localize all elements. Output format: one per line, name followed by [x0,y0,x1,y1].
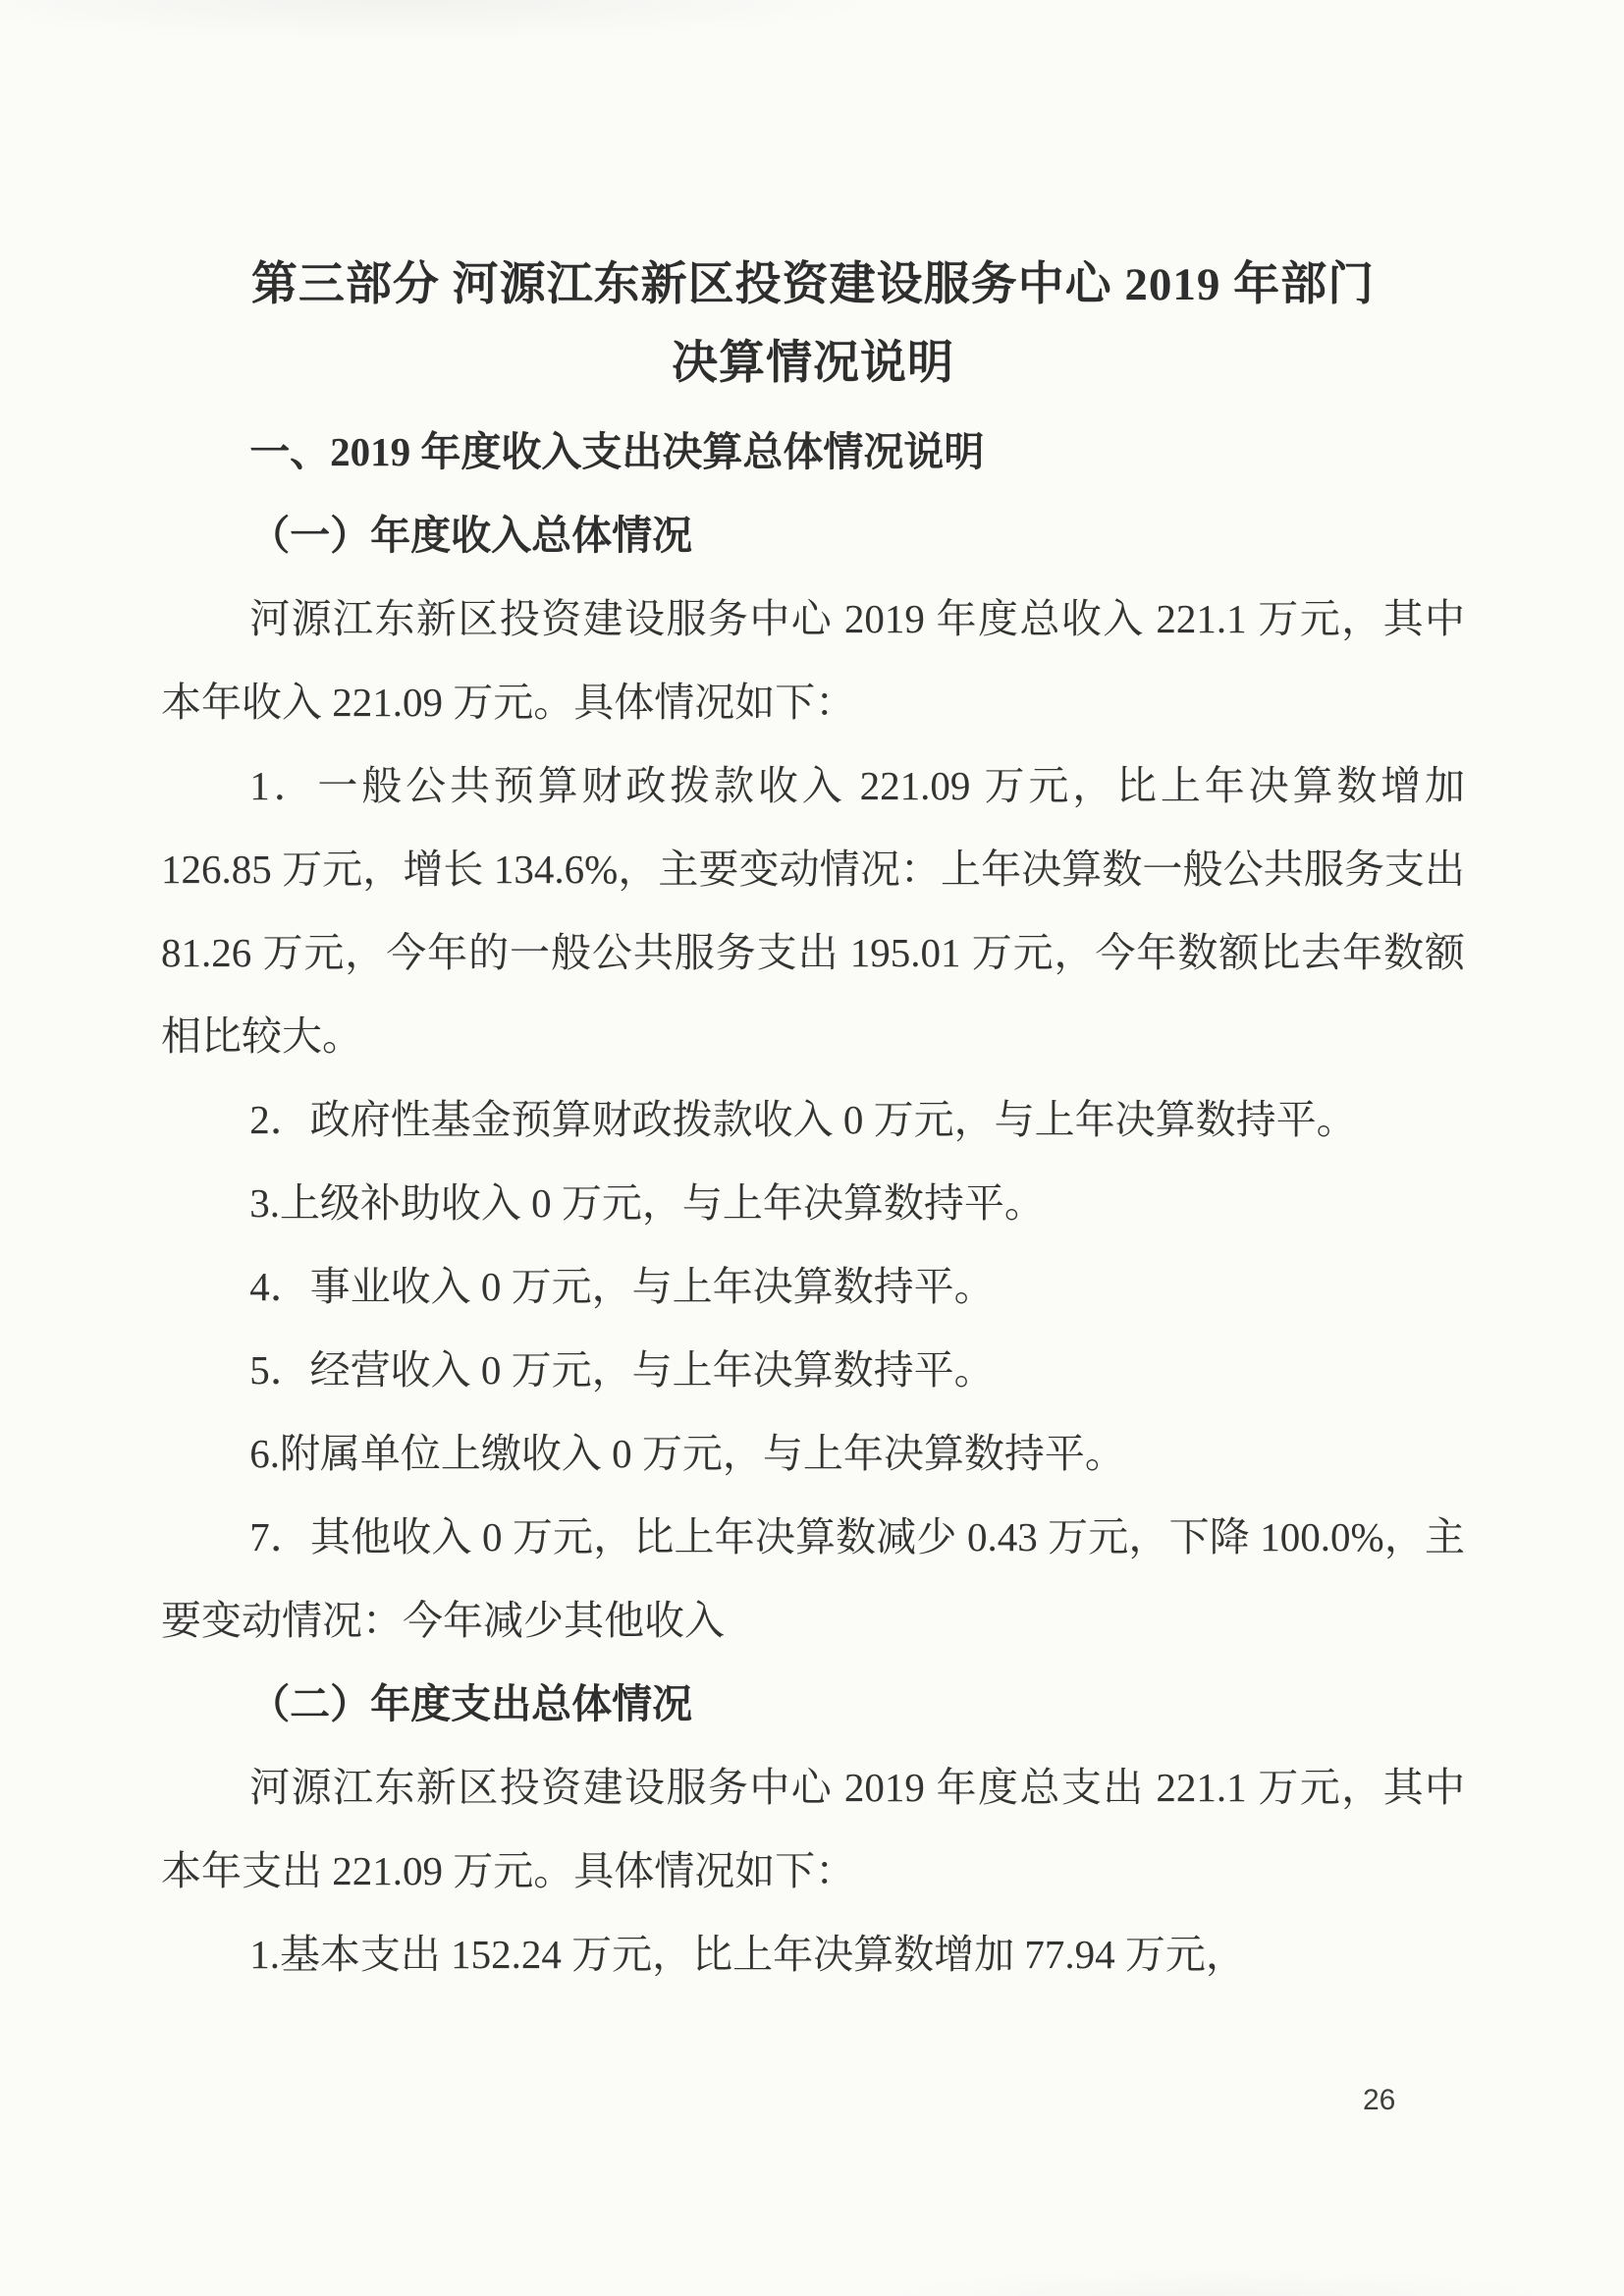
income-item-5: 5．经营收入 0 万元，与上年决算数持平。 [161,1329,1465,1412]
income-item-7: 7．其他收入 0 万元，比上年决算数减少 0.43 万元，下降 100.0%，主… [161,1496,1465,1663]
expense-item-1: 1.基本支出 152.24 万元，比上年决算数增加 77.94 万元， [161,1913,1465,1996]
income-item-4: 4．事业收入 0 万元，与上年决算数持平。 [161,1245,1465,1329]
page-number: 26 [1363,2084,1395,2117]
income-item-2: 2．政府性基金预算财政拨款收入 0 万元，与上年决算数持平。 [161,1078,1465,1162]
document-title-line2: 决算情况说明 [161,324,1465,403]
expense-heading: （二）年度支出总体情况 [161,1663,1465,1746]
income-item-1: 1．一般公共预算财政拨款收入 221.09 万元，比上年决算数增加 126.85… [161,744,1465,1078]
income-heading: （一）年度收入总体情况 [161,494,1465,577]
document-title: 第三部分 河源江东新区投资建设服务中心 2019 年部门 决算情况说明 [161,246,1465,403]
document-page: 第三部分 河源江东新区投资建设服务中心 2019 年部门 决算情况说明 一、20… [0,0,1624,2296]
expense-overview-paragraph: 河源江东新区投资建设服务中心 2019 年度总支出 221.1 万元，其中本年支… [161,1746,1465,1913]
income-overview-paragraph: 河源江东新区投资建设服务中心 2019 年度总收入 221.1 万元，其中本年收… [161,577,1465,744]
document-title-line1: 第三部分 河源江东新区投资建设服务中心 2019 年部门 [161,246,1465,324]
income-item-3: 3.上级补助收入 0 万元，与上年决算数持平。 [161,1162,1465,1245]
section1-heading: 一、2019 年度收入支出决算总体情况说明 [161,410,1465,494]
income-item-6: 6.附属单位上缴收入 0 万元，与上年决算数持平。 [161,1412,1465,1496]
